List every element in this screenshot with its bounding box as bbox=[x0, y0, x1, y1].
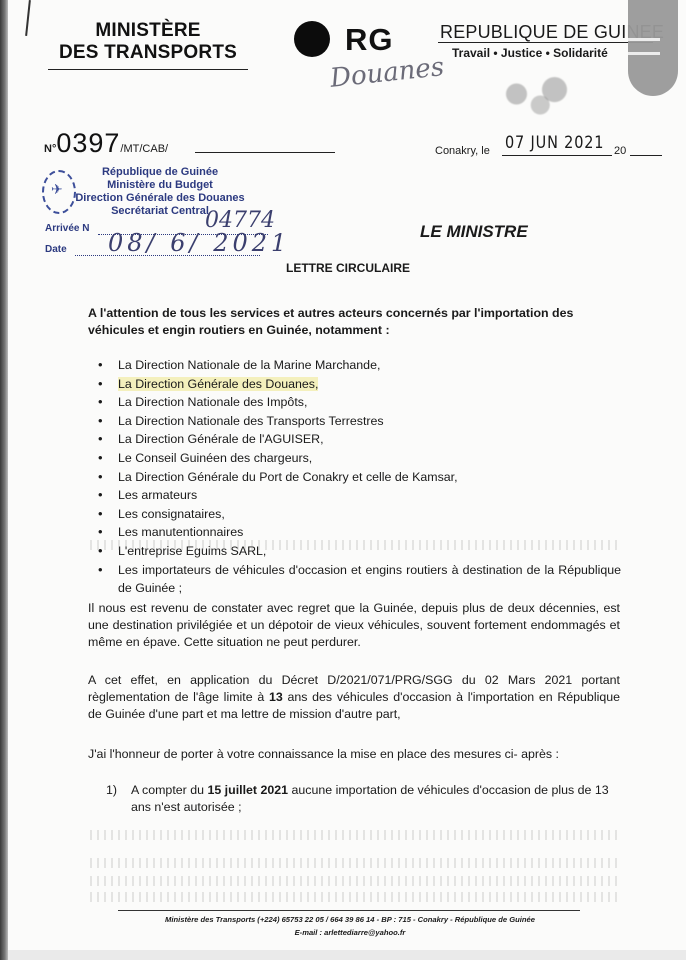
ministry-line1: MINISTÈRE bbox=[48, 20, 248, 42]
paragraph-context: Il nous est revenu de constater avec reg… bbox=[88, 600, 620, 651]
reference-number: N°0397/MT/CAB/ bbox=[44, 128, 168, 159]
document-type: LETTRE CIRCULAIRE bbox=[286, 261, 410, 275]
stamp-line: Direction Générale des Douanes bbox=[70, 192, 250, 205]
ministry-underline bbox=[48, 69, 248, 70]
recipient-item: Le Conseil Guinéen des chargeurs, bbox=[96, 449, 621, 468]
stamp-arrival-label: Arrivée N bbox=[45, 223, 89, 234]
stamp-line: Ministère du Budget bbox=[70, 179, 250, 192]
ref-underline bbox=[195, 152, 335, 153]
recipient-text: La Direction Nationale des Impôts, bbox=[118, 395, 307, 409]
recipient-item: La Direction Nationale des Transports Te… bbox=[96, 412, 621, 431]
footer-email: E-mail : arlettediarre@yahoo.fr bbox=[80, 928, 620, 937]
ref-prefix: N° bbox=[44, 143, 56, 155]
menu-overlay-button[interactable] bbox=[628, 0, 678, 96]
recipient-item: La Direction Générale de l'AGUISER, bbox=[96, 430, 621, 449]
paragraph-decree: A cet effet, en application du Décret D/… bbox=[88, 672, 620, 723]
recipient-item: La Direction Nationale de la Marine Marc… bbox=[96, 356, 621, 375]
measure-number: 1) bbox=[106, 782, 117, 799]
recipient-text: La Direction Générale de l'AGUISER, bbox=[118, 432, 324, 446]
recipient-item: La Direction Générale des Douanes, bbox=[96, 375, 621, 394]
recipient-item: Les consignataires, bbox=[96, 505, 621, 524]
scan-edge bbox=[0, 0, 8, 960]
ref-number: 0397 bbox=[56, 128, 120, 158]
stamp-line: République de Guinée bbox=[70, 166, 250, 179]
scan-noise bbox=[90, 892, 620, 902]
recipient-item: Les armateurs bbox=[96, 486, 621, 505]
ref-suffix: /MT/CAB/ bbox=[120, 143, 168, 155]
ministry-heading: MINISTÈRE DES TRANSPORTS bbox=[48, 20, 248, 64]
recipient-text: La Direction Générale du Port de Conakry… bbox=[118, 470, 458, 484]
dove-emblem-icon bbox=[488, 72, 583, 116]
date-stamp: 07 JUN 2021 bbox=[505, 133, 604, 153]
year-suffix: 20 bbox=[614, 145, 626, 157]
measure-text-start: A compter du bbox=[131, 783, 207, 797]
age-limit: 13 bbox=[269, 690, 283, 704]
year-underline bbox=[630, 155, 662, 156]
scan-noise bbox=[90, 540, 620, 550]
recipient-item: Les importateurs de véhicules d'occasion… bbox=[96, 561, 621, 598]
recipient-text: Les armateurs bbox=[118, 488, 197, 502]
page-bottom-edge bbox=[8, 950, 686, 960]
recipient-text: Les manutentionnaires bbox=[118, 525, 243, 539]
scan-noise bbox=[90, 858, 620, 868]
seal-dot-icon bbox=[294, 21, 330, 57]
scan-noise bbox=[90, 830, 620, 840]
intro-paragraph: A l'attention de tous les services et au… bbox=[88, 305, 620, 339]
national-motto: Travail • Justice • Solidarité bbox=[452, 46, 608, 60]
recipient-text: La Direction Générale des Douanes, bbox=[118, 377, 318, 391]
recipient-item: La Direction Générale du Port de Conakry… bbox=[96, 468, 621, 487]
recipient-text: Les consignataires, bbox=[118, 507, 225, 521]
signatory-title: LE MINISTRE bbox=[420, 222, 528, 242]
scan-noise bbox=[90, 876, 620, 886]
recipient-text: La Direction Nationale de la Marine Marc… bbox=[118, 358, 380, 372]
recipient-text: La Direction Nationale des Transports Te… bbox=[118, 414, 384, 428]
footer-rule bbox=[118, 910, 580, 911]
footer-contact: Ministère des Transports (+224) 65753 22… bbox=[80, 915, 620, 924]
rg-logo: RG bbox=[345, 22, 394, 58]
stamp-date-value: 08/ 6/ 2021 bbox=[108, 229, 290, 257]
measure-text: A compter du 15 juillet 2021 aucune impo… bbox=[131, 782, 616, 816]
recipient-text: Les importateurs de véhicules d'occasion… bbox=[118, 563, 621, 596]
measure-date: 15 juillet 2021 bbox=[207, 783, 288, 797]
recipient-item: La Direction Nationale des Impôts, bbox=[96, 393, 621, 412]
recipient-list: La Direction Nationale de la Marine Marc… bbox=[96, 356, 621, 598]
recipient-text: Le Conseil Guinéen des chargeurs, bbox=[118, 451, 312, 465]
place-label: Conakry, le bbox=[435, 145, 490, 157]
ministry-line2: DES TRANSPORTS bbox=[48, 42, 248, 64]
republic-underline bbox=[438, 42, 653, 43]
date-underline bbox=[502, 155, 612, 156]
paragraph-measures-intro: J'ai l'honneur de porter à votre connais… bbox=[88, 746, 620, 763]
measure-item: 1) A compter du 15 juillet 2021 aucune i… bbox=[106, 782, 616, 816]
stamp-date-label: Date bbox=[45, 244, 67, 255]
